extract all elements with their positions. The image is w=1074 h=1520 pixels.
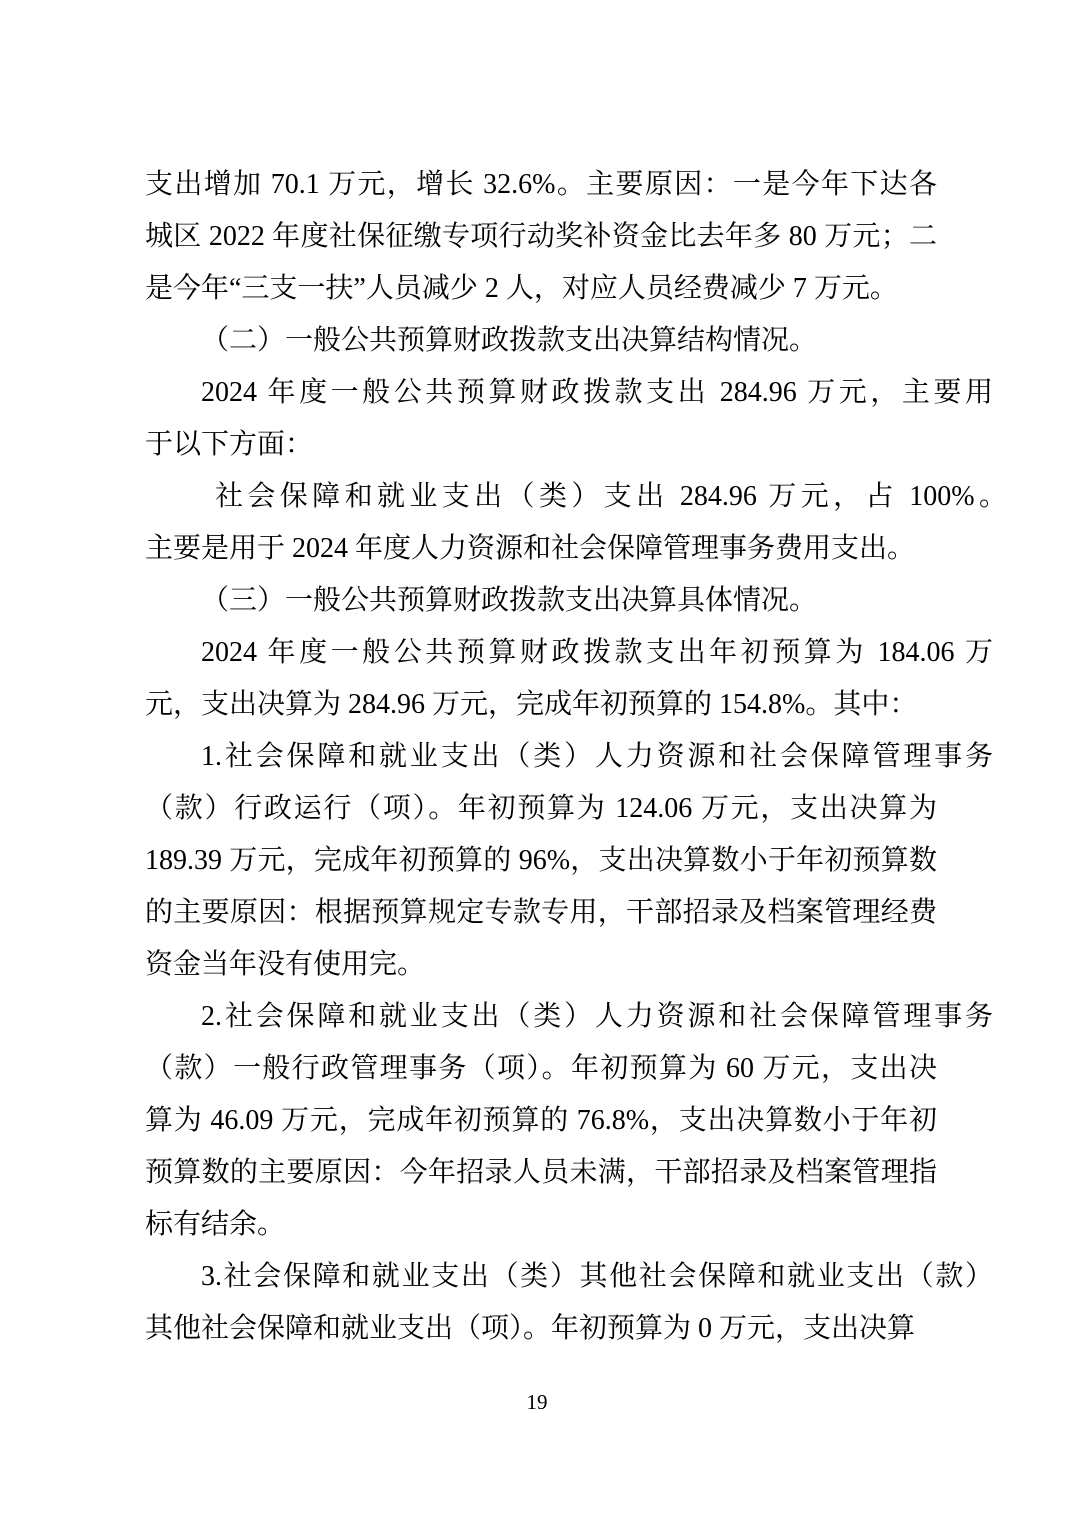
paragraph: 社会保障和就业支出（类）支出 284.96 万元，占 100%。主要是用于 20… (145, 471, 937, 575)
text-line: 支出增加 70.1 万元，增长 32.6%。主要原因：一是今年下达各 (145, 159, 937, 211)
text-line: 算为 46.09 万元，完成年初预算的 76.8%，支出决算数小于年初 (145, 1095, 937, 1147)
page-number: 19 (527, 1390, 548, 1414)
text-line: 元，支出决算为 284.96 万元，完成年初预算的 154.8%。其中： (145, 679, 937, 731)
text-line: 其他社会保障和就业支出（项）。年初预算为 0 万元，支出决算 (145, 1303, 937, 1355)
text-line: 标有结余。 (145, 1199, 937, 1251)
paragraph: 3.社会保障和就业支出（类）其他社会保障和就业支出（款）其他社会保障和就业支出（… (145, 1251, 937, 1355)
text-line: （二）一般公共预算财政拨款支出决算结构情况。 (145, 315, 993, 367)
paragraph: 支出增加 70.1 万元，增长 32.6%。主要原因：一是今年下达各城区 202… (145, 159, 937, 315)
text-line: 于以下方面： (145, 419, 937, 471)
text-line: 的主要原因：根据预算规定专款专用，干部招录及档案管理经费 (145, 887, 937, 939)
paragraph: 2024 年度一般公共预算财政拨款支出 284.96 万元，主要用于以下方面： (145, 367, 937, 471)
text-line: 预算数的主要原因：今年招录人员未满，干部招录及档案管理指 (145, 1147, 937, 1199)
text-line: 城区 2022 年度社保征缴专项行动奖补资金比去年多 80 万元；二 (145, 211, 937, 263)
text-line: 主要是用于 2024 年度人力资源和社会保障管理事务费用支出。 (145, 523, 937, 575)
text-line: （款）行政运行（项）。年初预算为 124.06 万元，支出决算为 (145, 783, 937, 835)
text-line: 189.39 万元，完成年初预算的 96%，支出决算数小于年初预算数 (145, 835, 937, 887)
text-line: 1.社会保障和就业支出（类）人力资源和社会保障管理事务 (145, 731, 993, 783)
paragraph: （二）一般公共预算财政拨款支出决算结构情况。 (145, 315, 937, 367)
paragraph: 2024 年度一般公共预算财政拨款支出年初预算为 184.06 万元，支出决算为… (145, 627, 937, 731)
text-line: 2024 年度一般公共预算财政拨款支出年初预算为 184.06 万 (145, 627, 993, 679)
document-body: 支出增加 70.1 万元，增长 32.6%。主要原因：一是今年下达各城区 202… (145, 159, 937, 1355)
paragraph: 1.社会保障和就业支出（类）人力资源和社会保障管理事务（款）行政运行（项）。年初… (145, 731, 937, 991)
text-line: （三）一般公共预算财政拨款支出决算具体情况。 (145, 575, 993, 627)
text-line: 资金当年没有使用完。 (145, 939, 937, 991)
text-line: 2.社会保障和就业支出（类）人力资源和社会保障管理事务 (145, 991, 993, 1043)
text-line: 社会保障和就业支出（类）支出 284.96 万元，占 100%。 (145, 471, 1007, 523)
page-footer: 19 (0, 1388, 1074, 1416)
paragraph: 2.社会保障和就业支出（类）人力资源和社会保障管理事务（款）一般行政管理事务（项… (145, 991, 937, 1251)
paragraph: （三）一般公共预算财政拨款支出决算具体情况。 (145, 575, 937, 627)
text-line: 2024 年度一般公共预算财政拨款支出 284.96 万元，主要用 (145, 367, 993, 419)
text-line: 3.社会保障和就业支出（类）其他社会保障和就业支出（款） (145, 1251, 993, 1303)
text-line: （款）一般行政管理事务（项）。年初预算为 60 万元，支出决 (145, 1043, 937, 1095)
text-line: 是今年“三支一扶”人员减少 2 人，对应人员经费减少 7 万元。 (145, 263, 937, 315)
document-page: 支出增加 70.1 万元，增长 32.6%。主要原因：一是今年下达各城区 202… (0, 0, 1074, 1520)
